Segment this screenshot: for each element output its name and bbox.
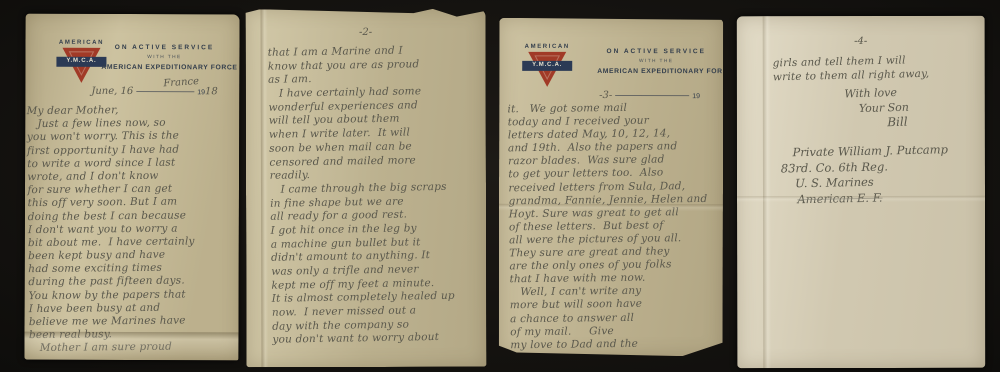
handwriting-line: American E. F. — [797, 188, 985, 207]
address-block: Private William J. Putcamp83rd. Co. 6th … — [737, 142, 986, 209]
handwriting-block-page-2: that I am a Marine and Iknow that you ar… — [268, 43, 487, 348]
letter-page-2: -2- that I am a Marine and Iknow that yo… — [246, 9, 487, 368]
letterhead-page-3: AMERICAN Y.M.C.A. ON ACTIVE SERVICE WITH… — [499, 18, 723, 114]
handwriting-block-page-4: girls and tell them I willwrite to them … — [772, 52, 985, 85]
letterhead-page-1: AMERICAN Y.M.C.A. ON ACTIVE SERVICE WITH… — [25, 14, 239, 111]
letterhead-text-block: ON ACTIVE SERVICE WITH THE AMERICAN EXPE… — [597, 48, 715, 75]
page-number: -2- — [246, 27, 486, 39]
dateline-date: June, 16 — [91, 86, 133, 97]
handwriting-line: my love to Dad and the — [510, 336, 723, 352]
handwriting-block-page-3: it. We got some mailtoday and I received… — [507, 101, 723, 352]
dateline: -3-19 — [599, 90, 711, 101]
dateline-rule — [136, 91, 194, 92]
dateline-place: France — [163, 76, 199, 89]
handwriting-line: Mother I am sure proud — [29, 340, 240, 355]
dateline-year-prefix: 19 — [197, 89, 205, 96]
dateline-year-prefix: 19 — [692, 93, 700, 100]
letterhead-line1: ON ACTIVE SERVICE — [597, 48, 715, 55]
logo-ymca-text: Y.M.C.A. — [519, 62, 575, 68]
handwriting-line: been real busy. — [29, 327, 240, 342]
ymca-logo: AMERICAN Y.M.C.A. — [519, 44, 575, 89]
logo-american-text: AMERICAN — [519, 44, 575, 50]
letterhead-line2: WITH THE — [101, 54, 227, 59]
letter-page-4: -4- girls and tell them I willwrite to t… — [737, 16, 986, 368]
handwriting-line: you don't want to worry about — [272, 331, 486, 348]
letterhead-line2: WITH THE — [597, 58, 715, 63]
photo-background: AMERICAN Y.M.C.A. ON ACTIVE SERVICE WITH… — [0, 0, 1000, 372]
handwriting-line: grandma, Fannie, Jennie, Helen and — [509, 192, 723, 208]
dateline-year-suffix: 18 — [205, 86, 218, 97]
letterhead-line1: ON ACTIVE SERVICE — [101, 44, 227, 51]
letter-page-1: AMERICAN Y.M.C.A. ON ACTIVE SERVICE WITH… — [24, 14, 239, 361]
handwriting-line: Bill — [887, 113, 985, 131]
handwriting-block-page-1: My dear Mother, Just a few lines now, so… — [27, 103, 240, 356]
letter-page-3: AMERICAN Y.M.C.A. ON ACTIVE SERVICE WITH… — [499, 18, 724, 356]
page-number: -4- — [737, 36, 985, 47]
letterhead-line3: AMERICAN EXPEDITIONARY FORCE — [101, 63, 227, 70]
dateline: France June, 161918 — [91, 86, 231, 97]
dateline-page-number: -3- — [599, 90, 612, 101]
dateline-rule — [615, 95, 689, 96]
ymca-triangle-icon: Y.M.C.A. — [519, 51, 575, 89]
letterhead-line3: AMERICAN EXPEDITIONARY FORCE — [597, 67, 715, 74]
closing-block: With loveYour SonBill — [737, 83, 986, 135]
letterhead-text-block: ON ACTIVE SERVICE WITH THE AMERICAN EXPE… — [101, 44, 227, 71]
